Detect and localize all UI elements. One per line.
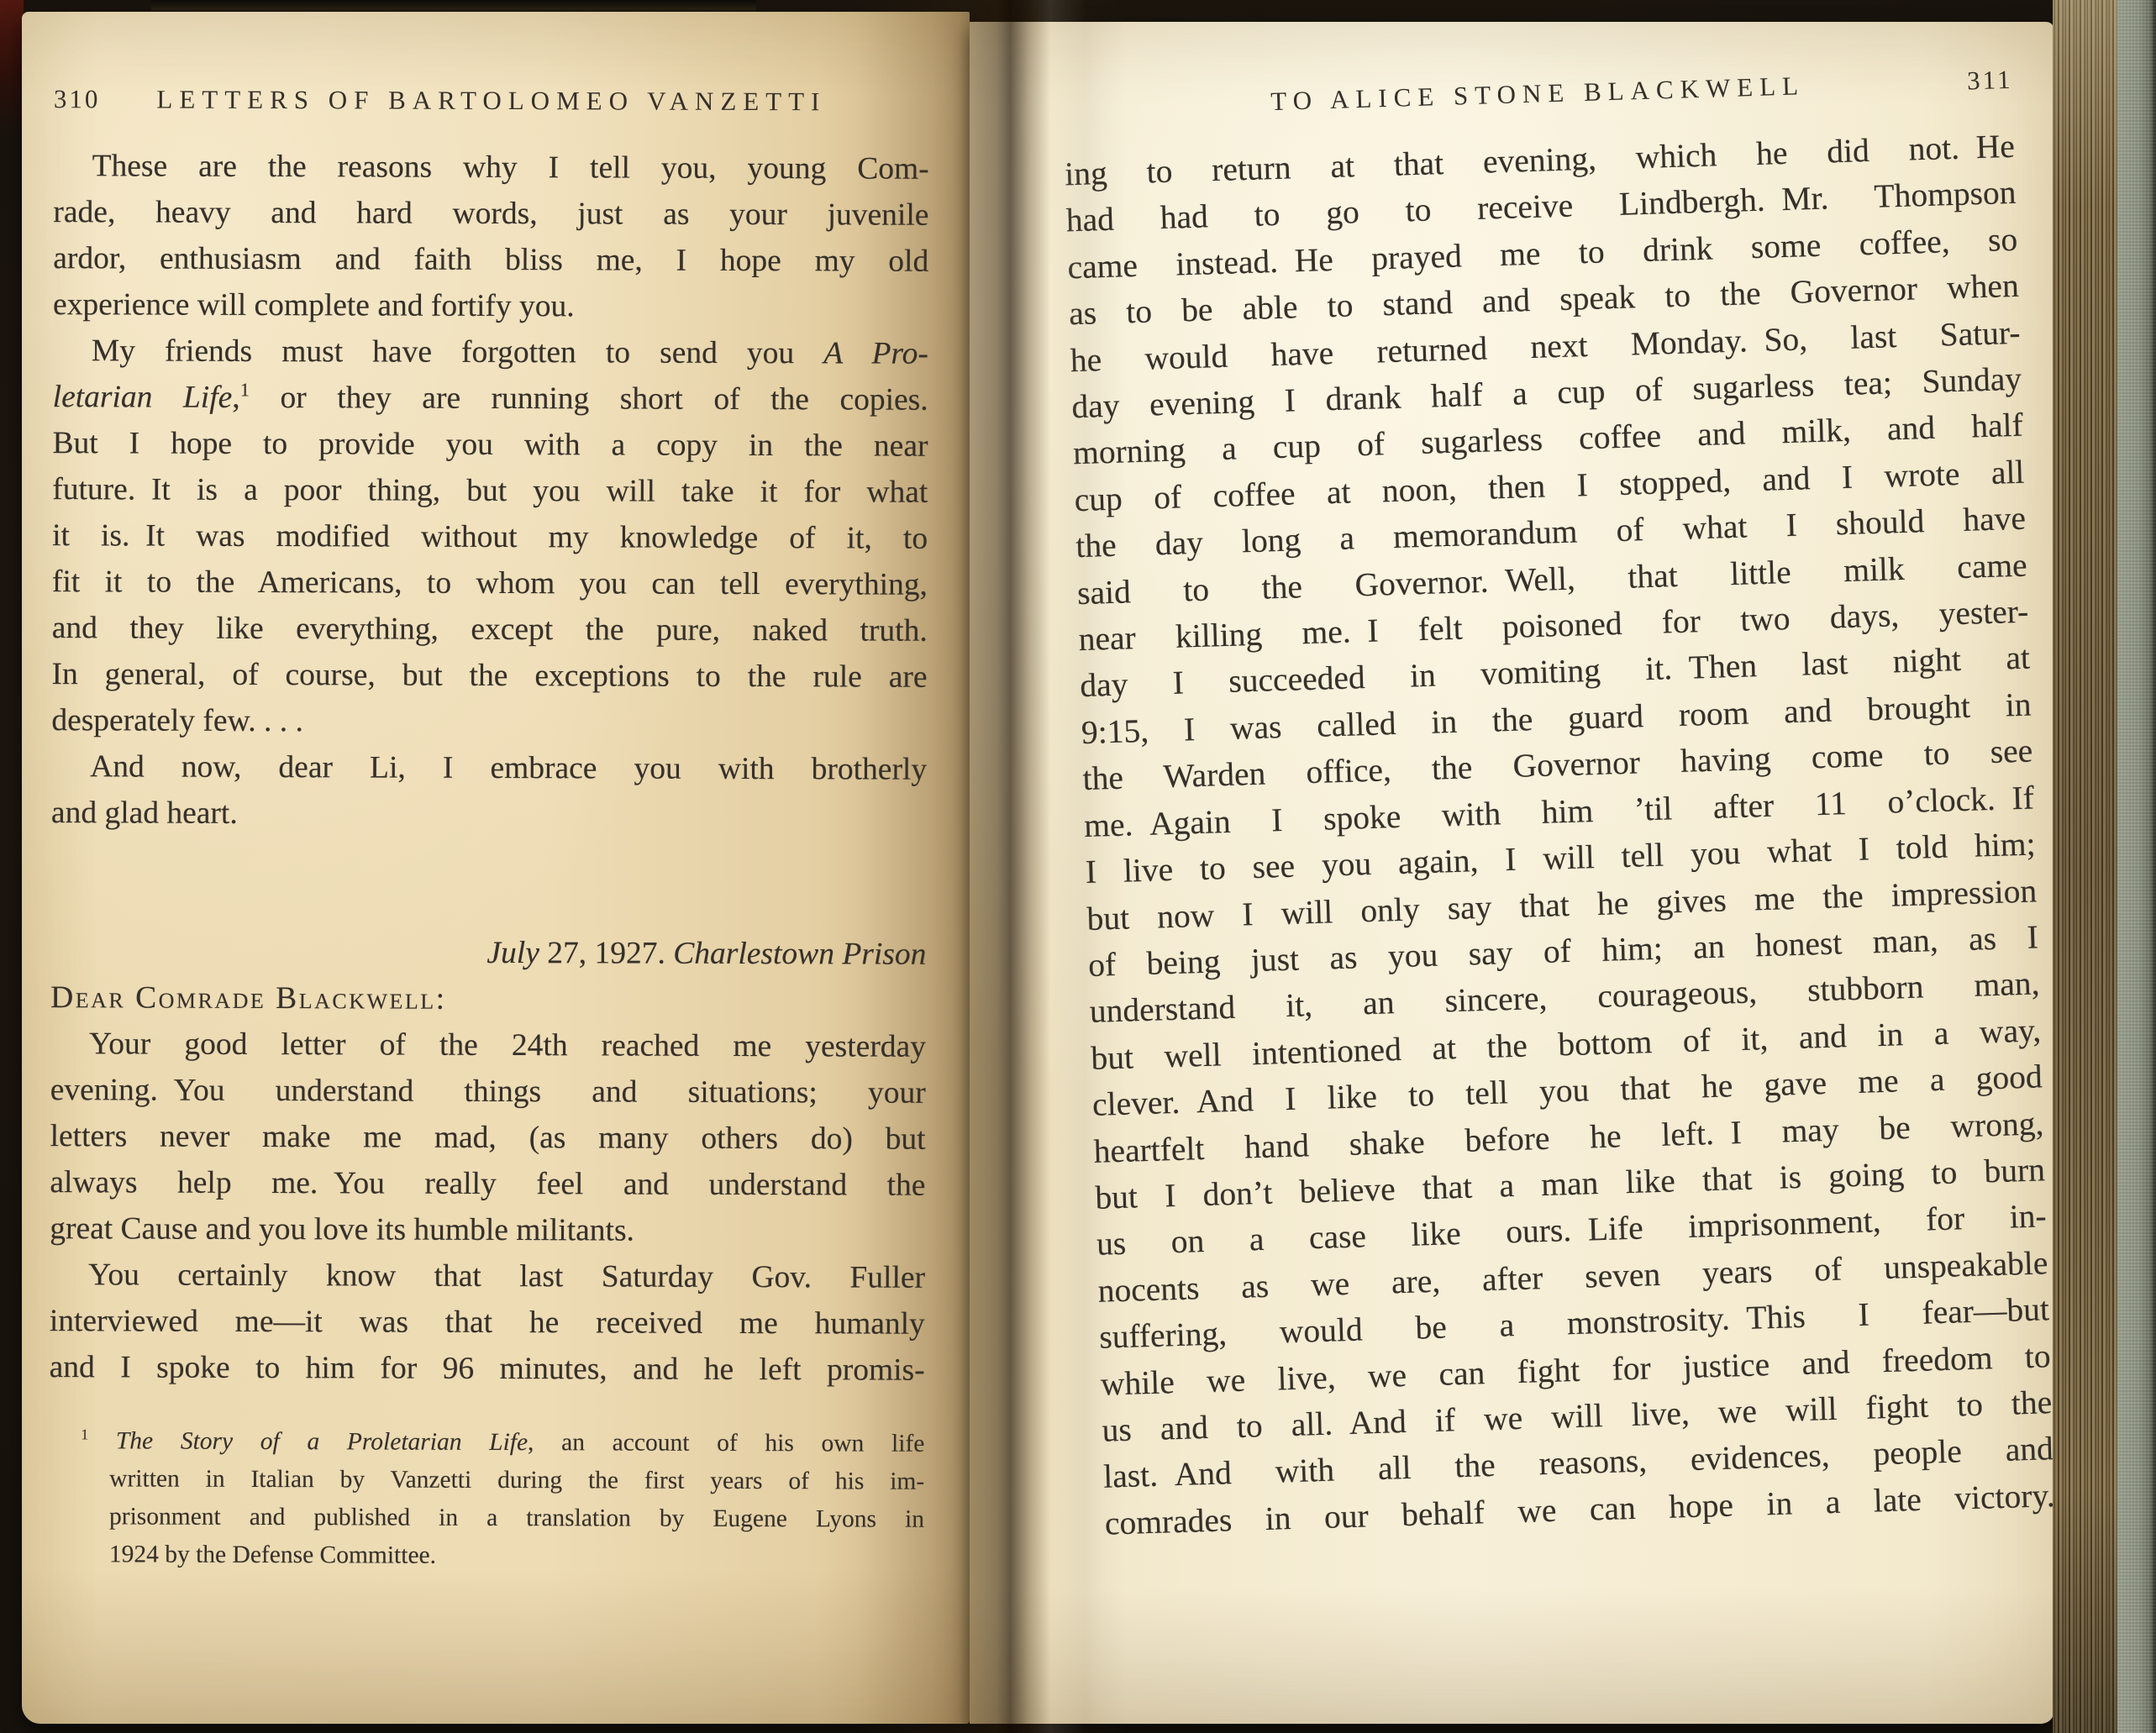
right-page-text: ing to return at that evening, which he …	[1064, 123, 2055, 1547]
left-page-text: These are the reasons why I tell you, yo…	[50, 143, 929, 1394]
text-line: written in Italian by Vanzetti during th…	[109, 1460, 924, 1500]
text-line: 1 The Story of a Proletarian Life, an ac…	[109, 1422, 924, 1463]
text-line: July 27, 1927. Charlestown Prison	[50, 928, 926, 978]
right-page-header: TO ALICE STONE BLACKWELL 311	[1062, 65, 2013, 130]
page-fore-edge	[2053, 0, 2117, 1733]
text-line: letters never make me mad, (as many othe…	[50, 1113, 926, 1163]
text-line: You certainly know that last Saturday Go…	[50, 1252, 925, 1301]
right-page: TO ALICE STONE BLACKWELL 311 ing to retu…	[970, 22, 2054, 1724]
text-line: And now, dear Li, I embrace you with bro…	[51, 743, 927, 793]
text-line: But I hope to provide you with a copy in…	[52, 420, 928, 470]
text-line: desperately few. . . .	[51, 697, 927, 747]
text-line: and they like everything, except the pur…	[52, 605, 928, 654]
right-running-title: TO ALICE STONE BLACKWELL	[1062, 65, 2013, 123]
text-line: evening. You understand things and situa…	[50, 1067, 926, 1116]
text-line: future. It is a poor thing, but you will…	[52, 466, 928, 516]
text-line: interviewed me—it was that he received m…	[50, 1298, 925, 1347]
book-cover-corner	[0, 0, 24, 134]
text-line: Dear Comrade Blackwell:	[50, 974, 926, 1024]
text-line: great Cause and you love its humble mili…	[50, 1205, 925, 1255]
text-line: Your good letter of the 24th reached me …	[50, 1021, 926, 1070]
text-line: These are the reasons why I tell you, yo…	[54, 143, 929, 192]
right-page-number: 311	[1967, 65, 2013, 97]
left-page-number: 310	[54, 84, 101, 114]
text-line: ardor, enthusiasm and faith bliss me, I …	[53, 235, 928, 285]
text-line: and I spoke to him for 96 minutes, and h…	[50, 1344, 925, 1394]
text-line: and glad heart.	[51, 790, 927, 839]
book-top-edge	[151, 0, 756, 12]
text-line: In general, of course, but the exception…	[51, 651, 927, 701]
text-line: 1924 by the Defense Committee.	[109, 1536, 924, 1576]
book-spread: 310 LETTERS OF BARTOLOMEO VANZETTI These…	[0, 0, 2156, 1733]
text-line: fit it to the Americans, to whom you can…	[52, 559, 928, 608]
left-page: 310 LETTERS OF BARTOLOMEO VANZETTI These…	[22, 12, 970, 1724]
text-line: letarian Life,1 or they are running shor…	[53, 374, 928, 423]
left-page-footnote: 1 The Story of a Proletarian Life, an ac…	[109, 1422, 925, 1576]
text-line: rade, heavy and hard words, just as your…	[53, 189, 928, 239]
book-cover-cloth	[2117, 0, 2156, 1733]
text-line: prisonment and published in a translatio…	[109, 1498, 924, 1538]
text-line: always help me. You really feel and unde…	[50, 1159, 925, 1209]
text-line: it is. It was modified without my knowle…	[52, 512, 928, 562]
text-line: My friends must have forgotten to send y…	[53, 328, 928, 377]
text-line: experience will complete and fortify you…	[53, 281, 928, 331]
left-page-header: 310 LETTERS OF BARTOLOMEO VANZETTI	[54, 84, 929, 124]
left-running-title: LETTERS OF BARTOLOMEO VANZETTI	[54, 84, 929, 118]
